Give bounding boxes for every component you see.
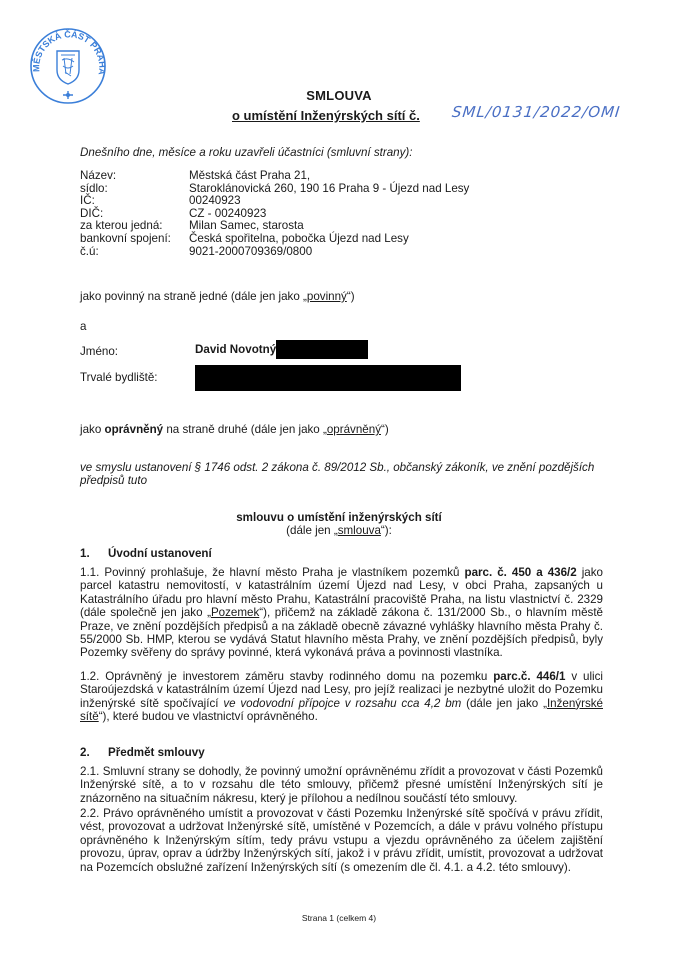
section-1-heading: 1.Úvodní ustanovení <box>80 547 212 560</box>
section-2-heading: 2.Předmět smlouvy <box>80 746 205 759</box>
party2-role: jako oprávněný na straně druhé (dále jen… <box>80 423 389 436</box>
party1-row-ic: IČ:00240923 <box>80 195 469 208</box>
party1-row-address: sídlo:Staroklánovická 260, 190 16 Praha … <box>80 183 469 196</box>
party2-address-label: Trvalé bydliště: <box>80 371 158 384</box>
legal-basis: ve smyslu ustanovení § 1746 odst. 2 záko… <box>80 461 600 488</box>
page-footer: Strana 1 (celkem 4) <box>0 913 678 923</box>
document-subtitle: o umístění Inženýrských sítí č. <box>232 108 420 123</box>
handwritten-contract-number: SML/0131/2022/OMI <box>451 103 621 121</box>
party1-row-account: č.ú:9021-2000709369/0800 <box>80 246 469 259</box>
clause-2-1: 2.1. Smluvní strany se dohodly, že povin… <box>80 765 603 805</box>
redaction-block-address <box>195 365 461 391</box>
redaction-block <box>276 340 368 359</box>
clause-1-1: 1.1. Povinný prohlašuje, že hlavní město… <box>80 566 603 660</box>
party1-details: Název:Městská část Praha 21, sídlo:Staro… <box>80 170 469 258</box>
conjunction: a <box>80 320 86 333</box>
term-povinny: povinný <box>307 290 347 303</box>
document-title: SMLOUVA <box>0 88 678 103</box>
party1-row-name: Název:Městská část Praha 21, <box>80 170 469 183</box>
clause-1-2: 1.2. Oprávněný je investorem záměru stav… <box>80 670 603 724</box>
party2-name-label: Jméno: <box>80 345 118 358</box>
clause-2-2: 2.2. Právo oprávněného umístit a provozo… <box>80 807 603 874</box>
contract-alias: (dále jen „smlouva“): <box>0 524 678 537</box>
intro-text: Dnešního dne, měsíce a roku uzavřeli úča… <box>80 146 413 159</box>
contract-heading: smlouvu o umístění inženýrských sítí <box>0 511 678 524</box>
party1-row-bank: bankovní spojení:Česká spořitelna, poboč… <box>80 233 469 246</box>
party2-name: David Novotný <box>195 340 368 359</box>
term-opravneny: oprávněný <box>327 423 381 436</box>
party1-role: jako povinný na straně jedné (dále jen j… <box>80 290 355 303</box>
